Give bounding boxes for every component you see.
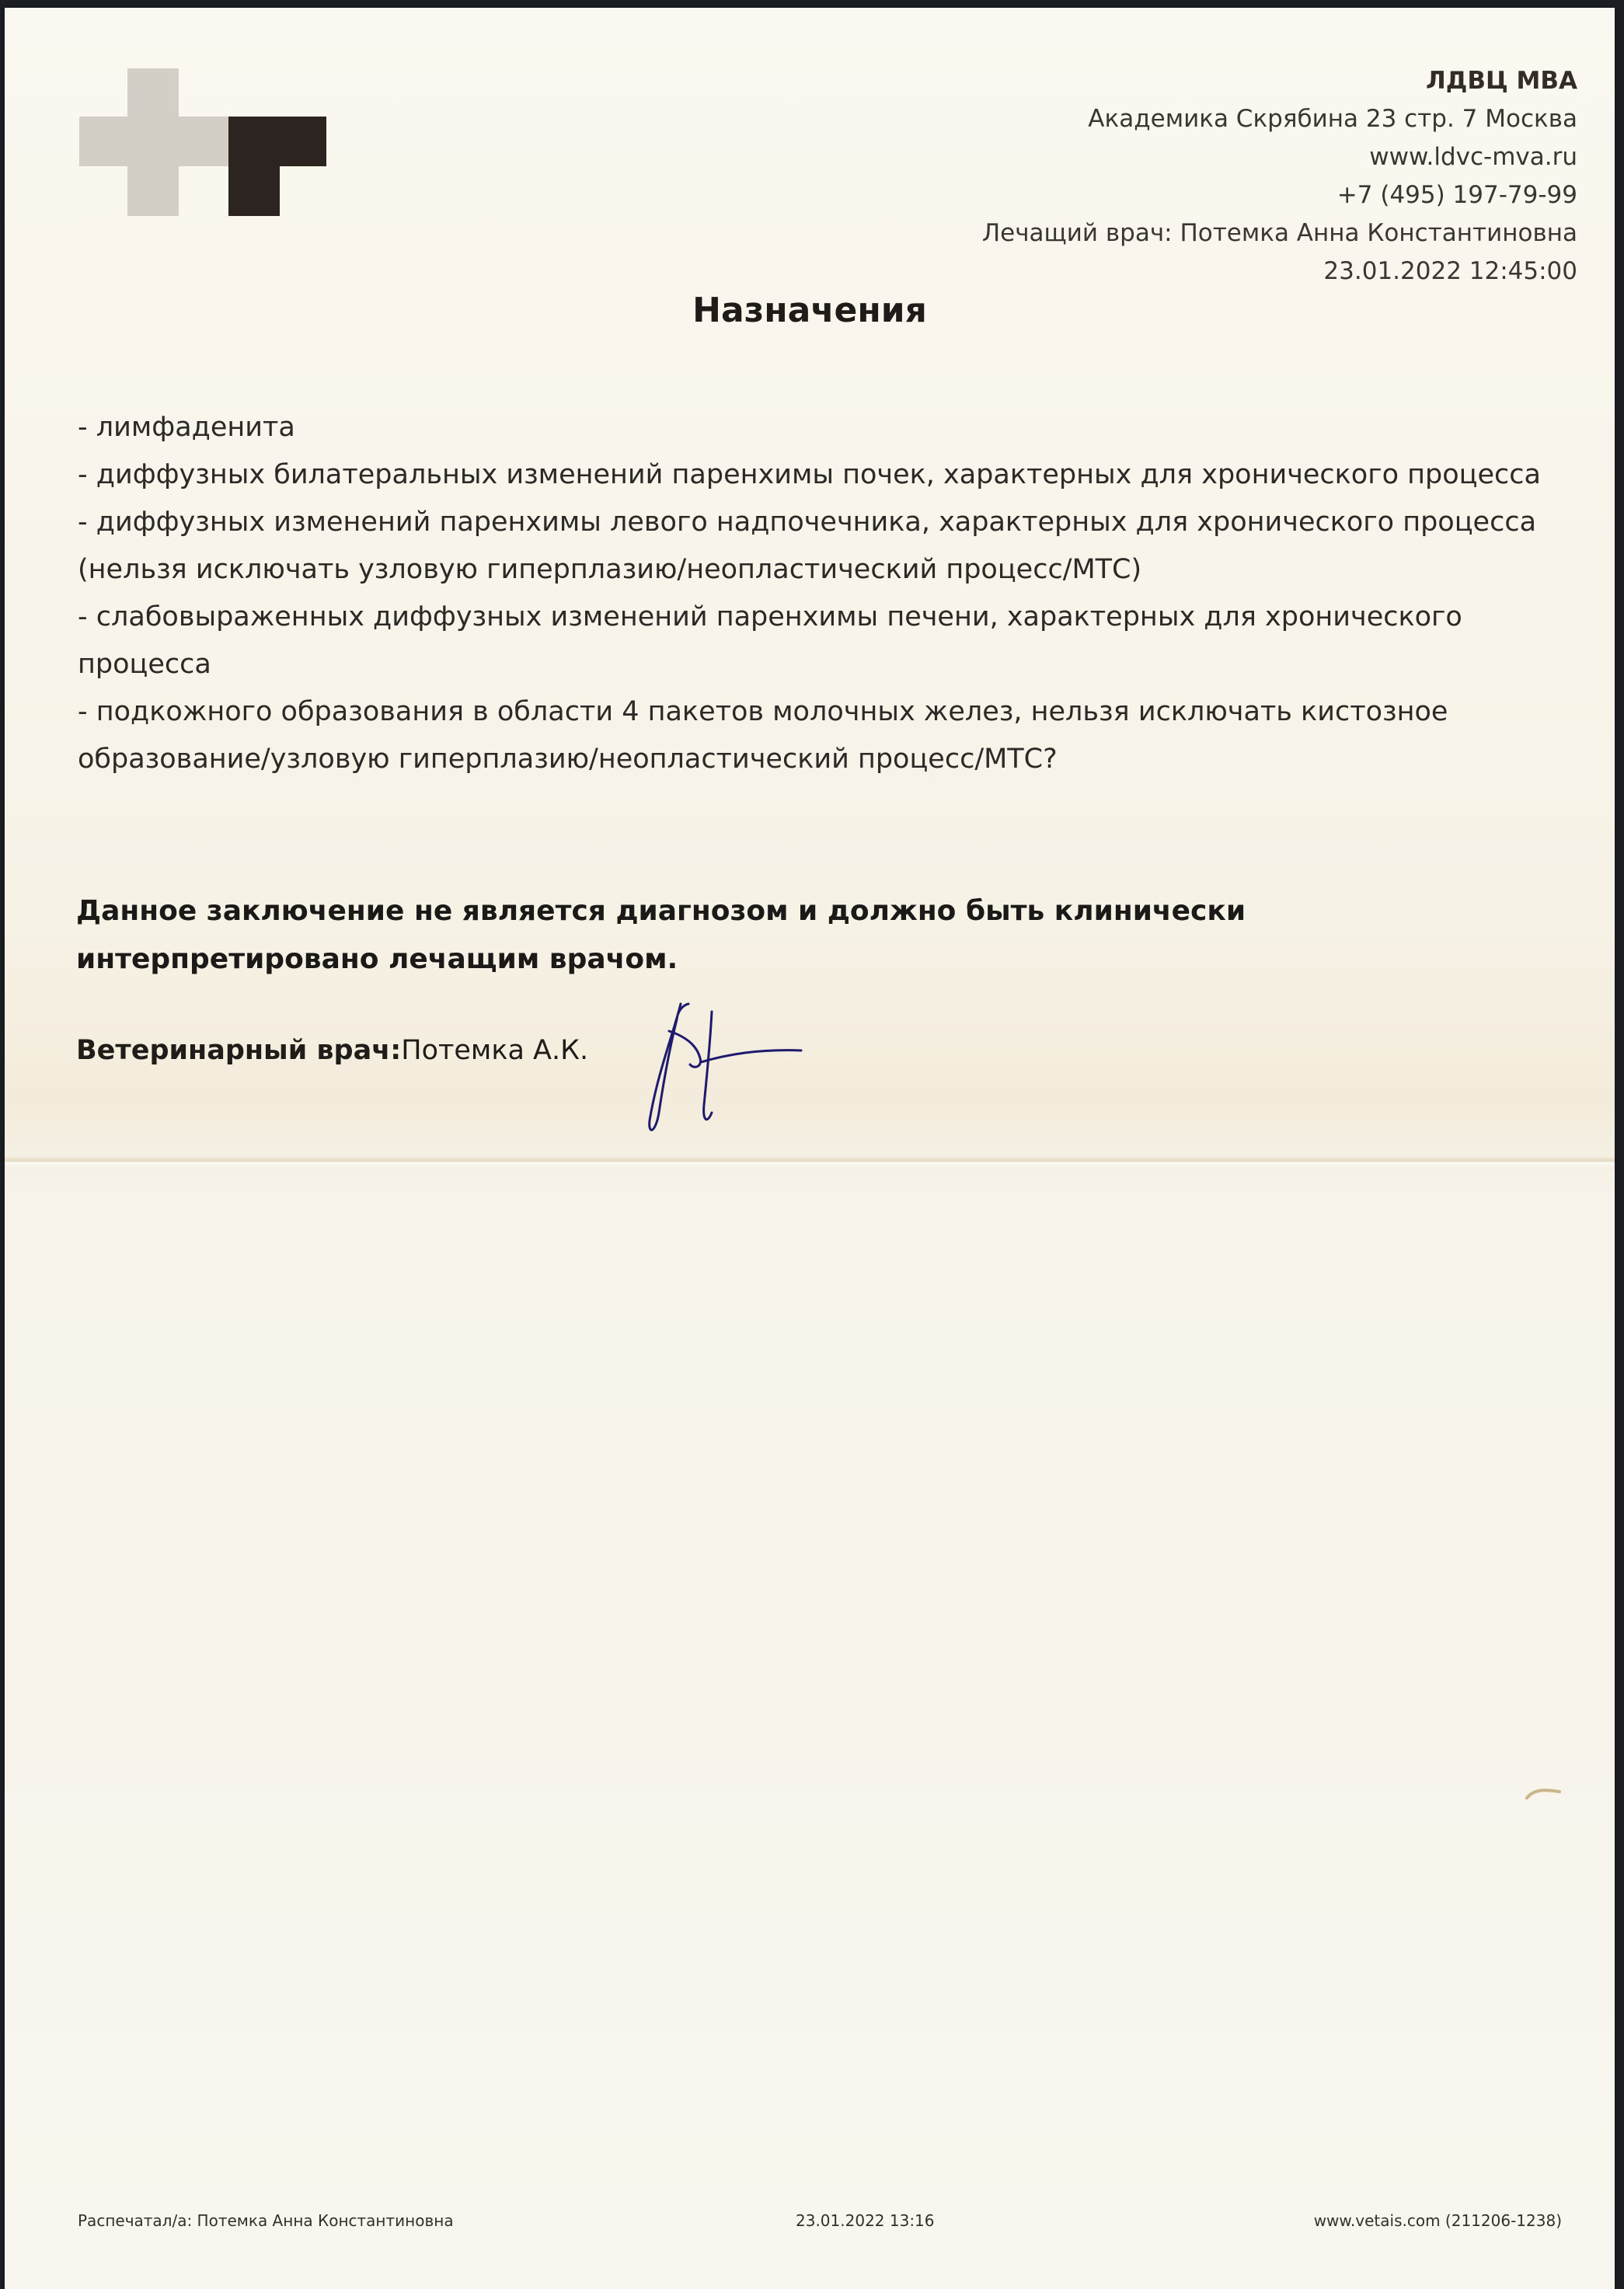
findings-list: - лимфаденита - диффузных билатеральных … [78,404,1554,783]
document-page: ЛДВЦ МВА Академика Скрябина 23 стр. 7 Мо… [5,8,1615,2289]
clinic-website: www.ldvc-mva.ru [982,138,1577,176]
disclaimer-text: Данное заключение не является диагнозом … [76,887,1397,984]
finding-item: - диффузных билатеральных изменений паре… [78,451,1554,499]
attending-doctor: Лечащий врач: Потемка Анна Константиновн… [982,214,1577,253]
paper-fold-crease [5,1156,1615,1167]
finding-item: - диффузных изменений паренхимы левого н… [78,499,1554,594]
clinic-logo-icon [79,61,328,216]
clinic-name: ЛДВЦ МВА [982,62,1577,100]
clinic-header: ЛДВЦ МВА Академика Скрябина 23 стр. 7 Мо… [982,62,1577,291]
clinic-address: Академика Скрябина 23 стр. 7 Москва [982,100,1577,138]
signoff-name: Потемка А.К. [401,1035,588,1066]
paper-staple-mark-icon [1524,1786,1563,1801]
page-title: Назначения [5,291,1615,330]
signoff-label: Ветеринарный врач: [76,1035,401,1066]
footer-printed-at: 23.01.2022 13:16 [796,2211,935,2230]
finding-item: - лимфаденита [78,404,1554,451]
footer-printed-by: Распечатал/а: Потемка Анна Константиновн… [78,2211,454,2230]
finding-item: - подкожного образования в области 4 пак… [78,688,1554,783]
clinic-phone: +7 (495) 197-79-99 [982,176,1577,214]
report-datetime: 23.01.2022 12:45:00 [982,253,1577,291]
footer-software: www.vetais.com (211206-1238) [1314,2211,1562,2230]
doctor-signoff: Ветеринарный врач:Потемка А.К. [76,1035,588,1066]
handwritten-signature-icon [626,988,828,1144]
finding-item: - слабовыраженных диффузных изменений па… [78,594,1554,688]
